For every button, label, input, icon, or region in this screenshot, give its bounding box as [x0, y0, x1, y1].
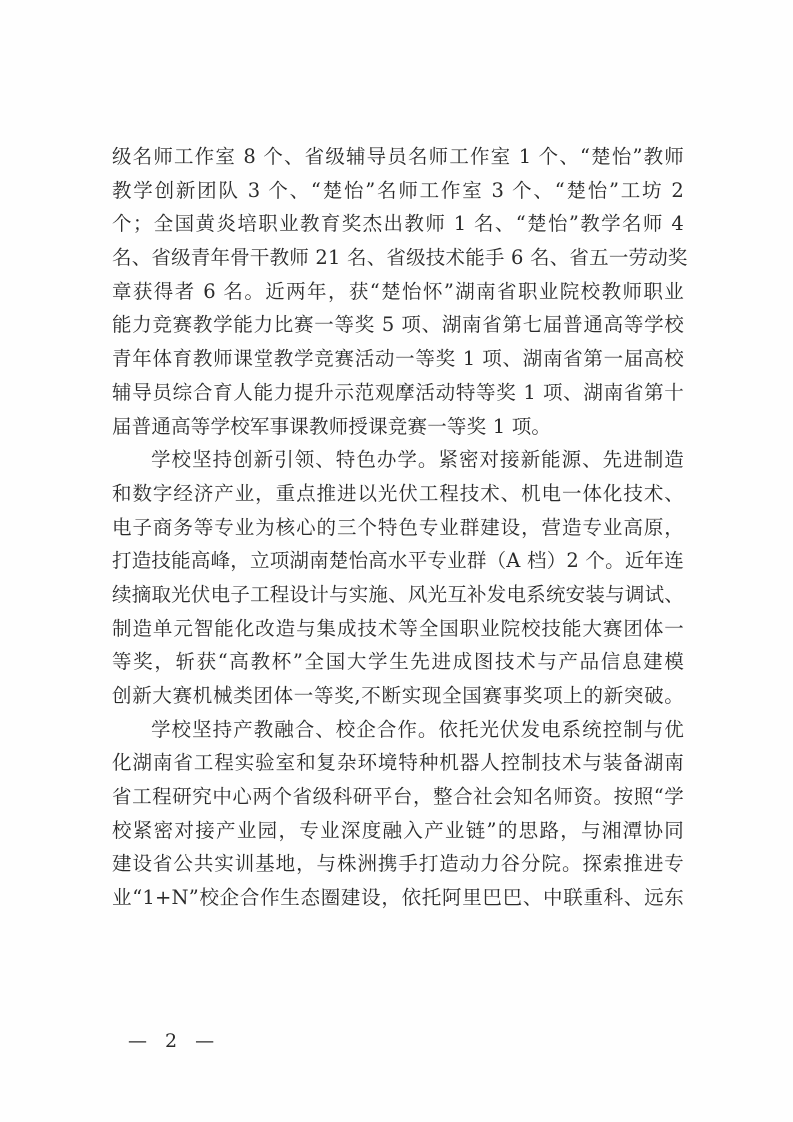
text-line: 辅导员综合育人能力提升示范观摩活动特等奖 1 项、湖南省第十	[112, 376, 684, 410]
text-line: 校紧密对接产业园，专业深度融入产业链”的思路，与湘潭协同	[112, 814, 684, 848]
page-number: — 2 —	[128, 1030, 220, 1052]
text-line: 届普通高等学校军事课教师授课竞赛一等奖 1 项。	[112, 410, 684, 444]
text-line: 能力竞赛教学能力比赛一等奖 5 项、湖南省第七届普通高等学校	[112, 308, 684, 342]
paragraph-first-line: 学校坚持产教融合、校企合作。依托光伏发电系统控制与优	[112, 713, 684, 747]
text-line: 续摘取光伏电子工程设计与实施、风光互补发电系统安装与调试、	[112, 578, 684, 612]
text-line: 章获得者 6 名。近两年，获“楚怡怀”湖南省职业院校教师职业	[112, 275, 684, 309]
text-line: 电子商务等专业为核心的三个特色专业群建设，营造专业高原，	[112, 511, 684, 545]
text-line: 制造单元智能化改造与集成技术等全国职业院校技能大赛团体一	[112, 612, 684, 646]
text-line: 建设省公共实训基地，与株洲携手打造动力谷分院。探索推进专	[112, 847, 684, 881]
text-line: 创新大赛机械类团体一等奖,不断实现全国赛事奖项上的新突破。	[112, 679, 684, 713]
text-line: 级名师工作室 8 个、省级辅导员名师工作室 1 个、“楚怡”教师	[112, 140, 684, 174]
text-line: 和数字经济产业，重点推进以光伏工程技术、机电一体化技术、	[112, 477, 684, 511]
text-line: 青年体育教师课堂教学竞赛活动一等奖 1 项、湖南省第一届高校	[112, 342, 684, 376]
text-line: 业“1+N”校企合作生态圈建设，依托阿里巴巴、中联重科、远东	[112, 881, 684, 915]
paragraph-first-line: 学校坚持创新引领、特色办学。紧密对接新能源、先进制造	[112, 443, 684, 477]
text-line: 名、省级青年骨干教师 21 名、省级技术能手 6 名、省五一劳动奖	[112, 241, 684, 275]
text-line: 化湖南省工程实验室和复杂环境特种机器人控制技术与装备湖南	[112, 746, 684, 780]
text-line: 等奖，斩获“高教杯”全国大学生先进成图技术与产品信息建模	[112, 645, 684, 679]
document-page: 级名师工作室 8 个、省级辅导员名师工作室 1 个、“楚怡”教师 教学创新团队 …	[0, 0, 793, 1122]
text-line: 教学创新团队 3 个、“楚怡”名师工作室 3 个、“楚怡”工坊 2	[112, 174, 684, 208]
text-line: 个；全国黄炎培职业教育奖杰出教师 1 名、“楚怡”教学名师 4	[112, 207, 684, 241]
text-line: 打造技能高峰，立项湖南楚怡高水平专业群（A 档）2 个。近年连	[112, 544, 684, 578]
text-line: 省工程研究中心两个省级科研平台，整合社会知名师资。按照“学	[112, 780, 684, 814]
body-text: 级名师工作室 8 个、省级辅导员名师工作室 1 个、“楚怡”教师 教学创新团队 …	[112, 140, 684, 915]
